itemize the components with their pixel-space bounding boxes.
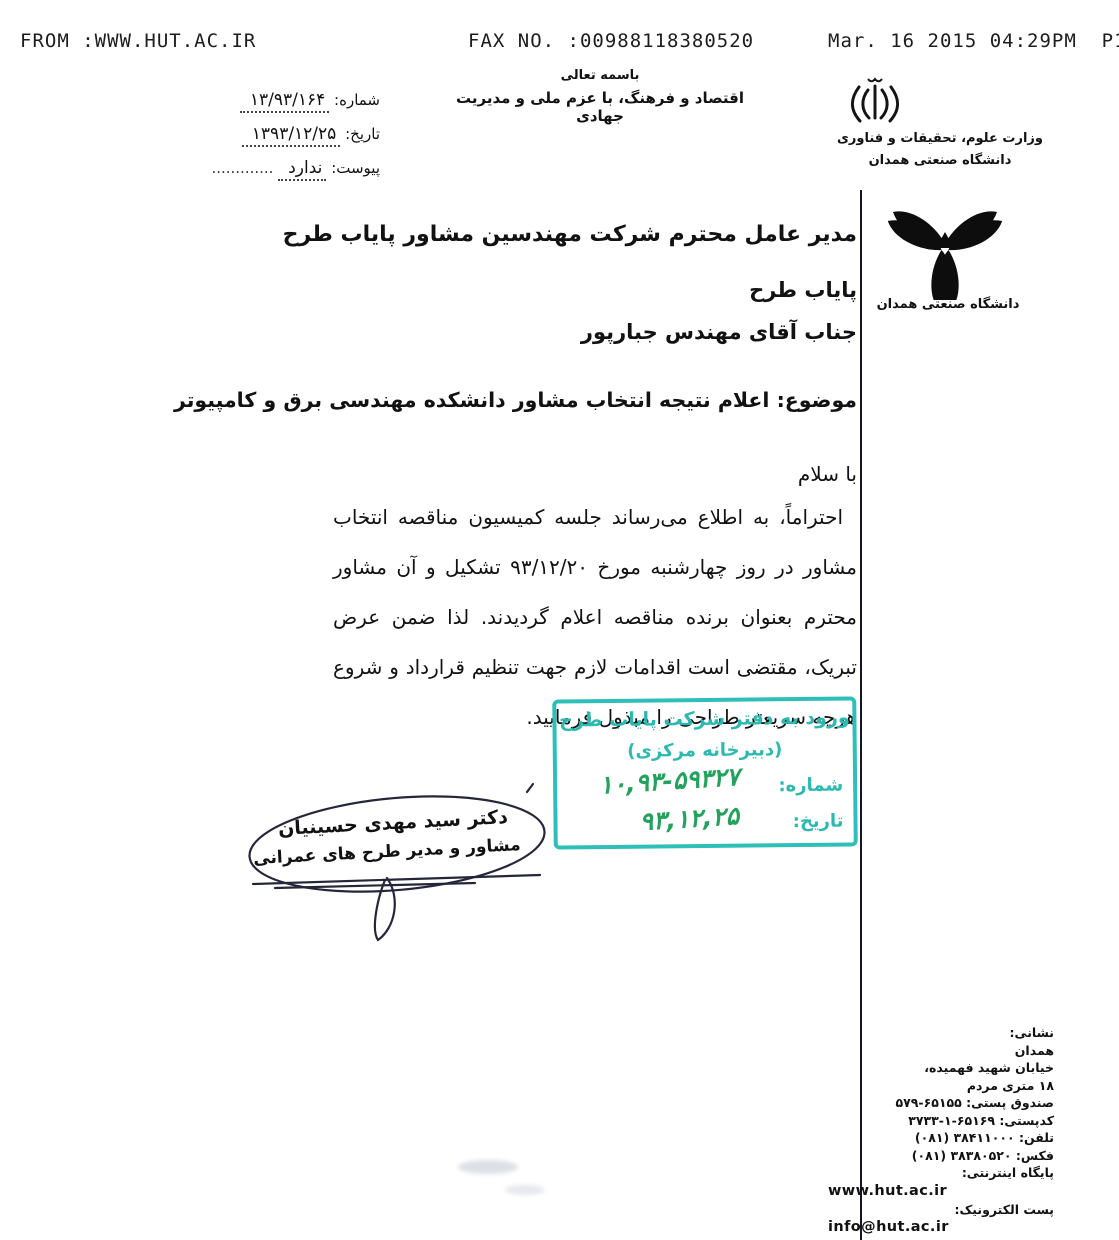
recipient-line: پایاب طرح xyxy=(749,278,857,302)
fax-document-page: FROM :WWW.HUT.AC.IR FAX NO. :00988118380… xyxy=(0,0,1119,1240)
letter-number-label: شماره: xyxy=(334,91,380,109)
stamp-number-label: شماره: xyxy=(778,775,843,797)
letter-attachment-line: پیوست: ندارد ............. xyxy=(140,158,380,178)
fax-header-datetime: Mar. 16 2015 04:29PM P1 xyxy=(828,30,1119,52)
university-logo-caption: دانشگاه صنعتی همدان xyxy=(868,297,1028,312)
fax-header-number: FAX NO. :00988118380520 xyxy=(468,30,754,52)
contact-line-email: info@hut.ac.ir xyxy=(828,1218,1054,1237)
fax-header-from: FROM :WWW.HUT.AC.IR xyxy=(20,30,256,52)
contact-line-website-label: پایگاه اینترنتی: xyxy=(828,1164,1054,1182)
signature-name: دکتر سید مهدی حسینیان xyxy=(268,805,519,840)
letter-number-line: شماره: ۱۳/۹۳/۱۶۴ xyxy=(140,90,380,110)
attachment-dotted-leader: ............. xyxy=(211,159,273,177)
scan-smudge xyxy=(458,1160,518,1174)
letter-date-value: ۱۳۹۳/۱۲/۲۵ xyxy=(242,124,341,147)
letterhead-center: باسمه تعالی اقتصاد و فرهنگ، با عزم ملی و… xyxy=(440,68,760,125)
signature-title: مشاور و مدیر طرح های عمرانی xyxy=(252,835,523,869)
subject-line: موضوع: اعلام نتیجه انتخاب مشاور دانشکده … xyxy=(174,388,857,412)
recipient-line: مدیر عامل محترم شرکت مهندسین مشاور پایاب… xyxy=(283,222,857,247)
contact-line-city: همدان xyxy=(828,1042,1054,1060)
university-name: دانشگاه صنعتی همدان xyxy=(845,153,1035,168)
letter-number-value: ۱۳/۹۳/۱۶۴ xyxy=(240,90,329,113)
ministry-name: وزارت علوم، تحقیقات و فناوری xyxy=(815,131,1065,146)
iran-emblem-icon xyxy=(846,72,904,130)
contact-line-phone: تلفن: ۳۸۴۱۱۰۰۰ (۰۸۱) xyxy=(828,1129,1054,1147)
contact-line-website: www.hut.ac.ir xyxy=(828,1182,1054,1201)
contact-line-fax: فکس: ۳۸۳۸۰۵۲۰ (۰۸۱) xyxy=(828,1147,1054,1165)
salutation-text: با سلام xyxy=(798,462,857,486)
stamp-number-value: ۱۰,۹۳-۵۹۳۲۷ xyxy=(598,762,740,800)
scan-smudge xyxy=(505,1185,545,1195)
letter-attachment-label: پیوست: xyxy=(331,159,380,177)
contact-line-street2: ۱۸ متری مردم xyxy=(828,1077,1054,1095)
bismillah-text: باسمه تعالی xyxy=(440,68,760,83)
contact-line-postalcode: کدپستی: ۶۵۱۶۹-۱-۳۷۳۳ xyxy=(828,1112,1054,1130)
letter-date-line: تاریخ: ۱۳۹۳/۱۲/۲۵ xyxy=(140,124,380,144)
letter-attachment-value: ندارد xyxy=(278,158,326,181)
year-slogan-text: اقتصاد و فرهنگ، با عزم ملی و مدیریت جهاد… xyxy=(440,89,760,125)
recipient-line: جناب آقای مهندس جبارپور xyxy=(581,320,857,344)
letter-meta: شماره: ۱۳/۹۳/۱۶۴ تاریخ: ۱۳۹۳/۱۲/۲۵ پیوست… xyxy=(140,90,380,192)
university-logo-icon xyxy=(878,188,1012,300)
entry-stamp: ورود به دفتر شرکت پایاب طرح (دبیرخانه مر… xyxy=(552,696,858,849)
letter-date-label: تاریخ: xyxy=(345,125,380,143)
stamp-date-label: تاریخ: xyxy=(793,811,844,833)
contact-info: نشانی: همدان خیابان شهید فهمیده، ۱۸ متری… xyxy=(828,1024,1054,1237)
contact-line-street: خیابان شهید فهمیده، xyxy=(828,1059,1054,1077)
contact-line-address-label: نشانی: xyxy=(828,1024,1054,1042)
stamp-date-value: ۹۳,۱۲,۲۵ xyxy=(639,801,740,836)
stamp-title: ورود به دفتر شرکت پایاب طرح xyxy=(556,706,852,731)
stamp-subtitle: (دبیرخانه مرکزی) xyxy=(557,738,853,762)
contact-line-email-label: پست الکترونیک: xyxy=(828,1201,1054,1219)
contact-line-pobox: صندوق پستی: ۶۵۱۵۵-۵۷۹ xyxy=(828,1094,1054,1112)
